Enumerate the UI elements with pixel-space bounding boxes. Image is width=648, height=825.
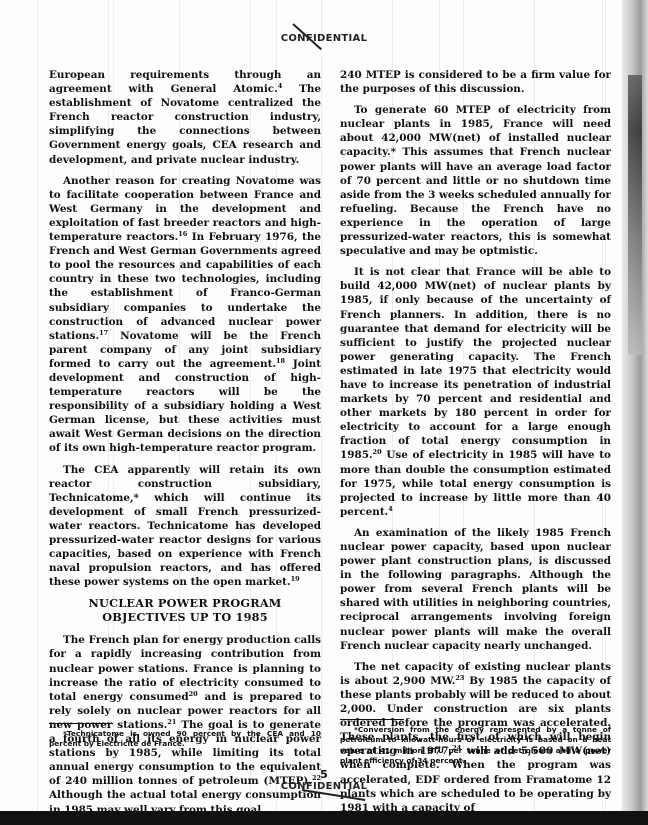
text-run: 240 MTEP is considered to be a firm valu… bbox=[340, 69, 611, 95]
paragraph: An examination of the likely 1985 French… bbox=[340, 526, 611, 653]
text-run: To generate 60 MTEP of electricity from … bbox=[340, 104, 611, 257]
footnote-block: *Conversion from the energy represented … bbox=[340, 713, 611, 773]
text-run: An examination of the likely 1985 French… bbox=[340, 527, 611, 652]
right-column: 240 MTEP is considered to be a firm valu… bbox=[340, 68, 611, 822]
footnote-block: *Technicatome is owned 90 percent by the… bbox=[49, 717, 321, 757]
paragraph: It is not clear that France will be able… bbox=[340, 265, 611, 519]
text-run: In February 1976, the French and West Ge… bbox=[49, 231, 321, 342]
footnote-ref: 4 bbox=[388, 505, 393, 513]
left-column: European requirements through an agreeme… bbox=[49, 68, 321, 824]
footnote-ref: 18 bbox=[276, 357, 285, 365]
text-run: The CEA apparently will retain its own r… bbox=[49, 464, 321, 589]
classification-header-text: CONFIDENTIAL bbox=[281, 33, 368, 44]
page-number: 5 bbox=[0, 768, 648, 781]
scan-edge-dark bbox=[628, 75, 642, 355]
footnote-ref: 19 bbox=[291, 575, 300, 583]
paragraph: Another reason for creating Novatome was… bbox=[49, 174, 321, 456]
footnote-ref: 16 bbox=[178, 230, 187, 238]
footnote-ref: 20 bbox=[373, 448, 382, 456]
paragraph: European requirements through an agreeme… bbox=[49, 68, 321, 167]
text-run: Joint development and construction of hi… bbox=[49, 358, 321, 455]
footnote-text: *Technicatome is owned 90 percent by the… bbox=[49, 729, 321, 749]
footnote-rule bbox=[340, 719, 404, 720]
scan-bottom-border bbox=[0, 811, 648, 825]
paragraph: To generate 60 MTEP of electricity from … bbox=[340, 103, 611, 258]
text-run: It is not clear that France will be able… bbox=[340, 266, 611, 461]
classification-footer-text: CONFIDENTIAL bbox=[281, 781, 368, 792]
document-page: CONFIDENTIAL European requirements throu… bbox=[0, 0, 648, 825]
section-heading: NUCLEAR POWER PROGRAM OBJECTIVES UP TO 1… bbox=[49, 596, 321, 624]
classification-header: CONFIDENTIAL bbox=[0, 33, 648, 44]
classification-footer: CONFIDENTIAL bbox=[0, 781, 648, 792]
footnote-ref: 17 bbox=[99, 329, 108, 337]
paragraph: The CEA apparently will retain its own r… bbox=[49, 463, 321, 590]
footnote-ref: 20 bbox=[189, 690, 198, 698]
footnote-rule bbox=[49, 723, 113, 724]
text-run: The establishment of Novatome centralize… bbox=[49, 83, 321, 165]
footnote-text: *Conversion from the energy represented … bbox=[340, 725, 611, 766]
paragraph: 240 MTEP is considered to be a firm valu… bbox=[340, 68, 611, 96]
text-run: Use of electricity in 1985 will have to … bbox=[340, 449, 611, 517]
